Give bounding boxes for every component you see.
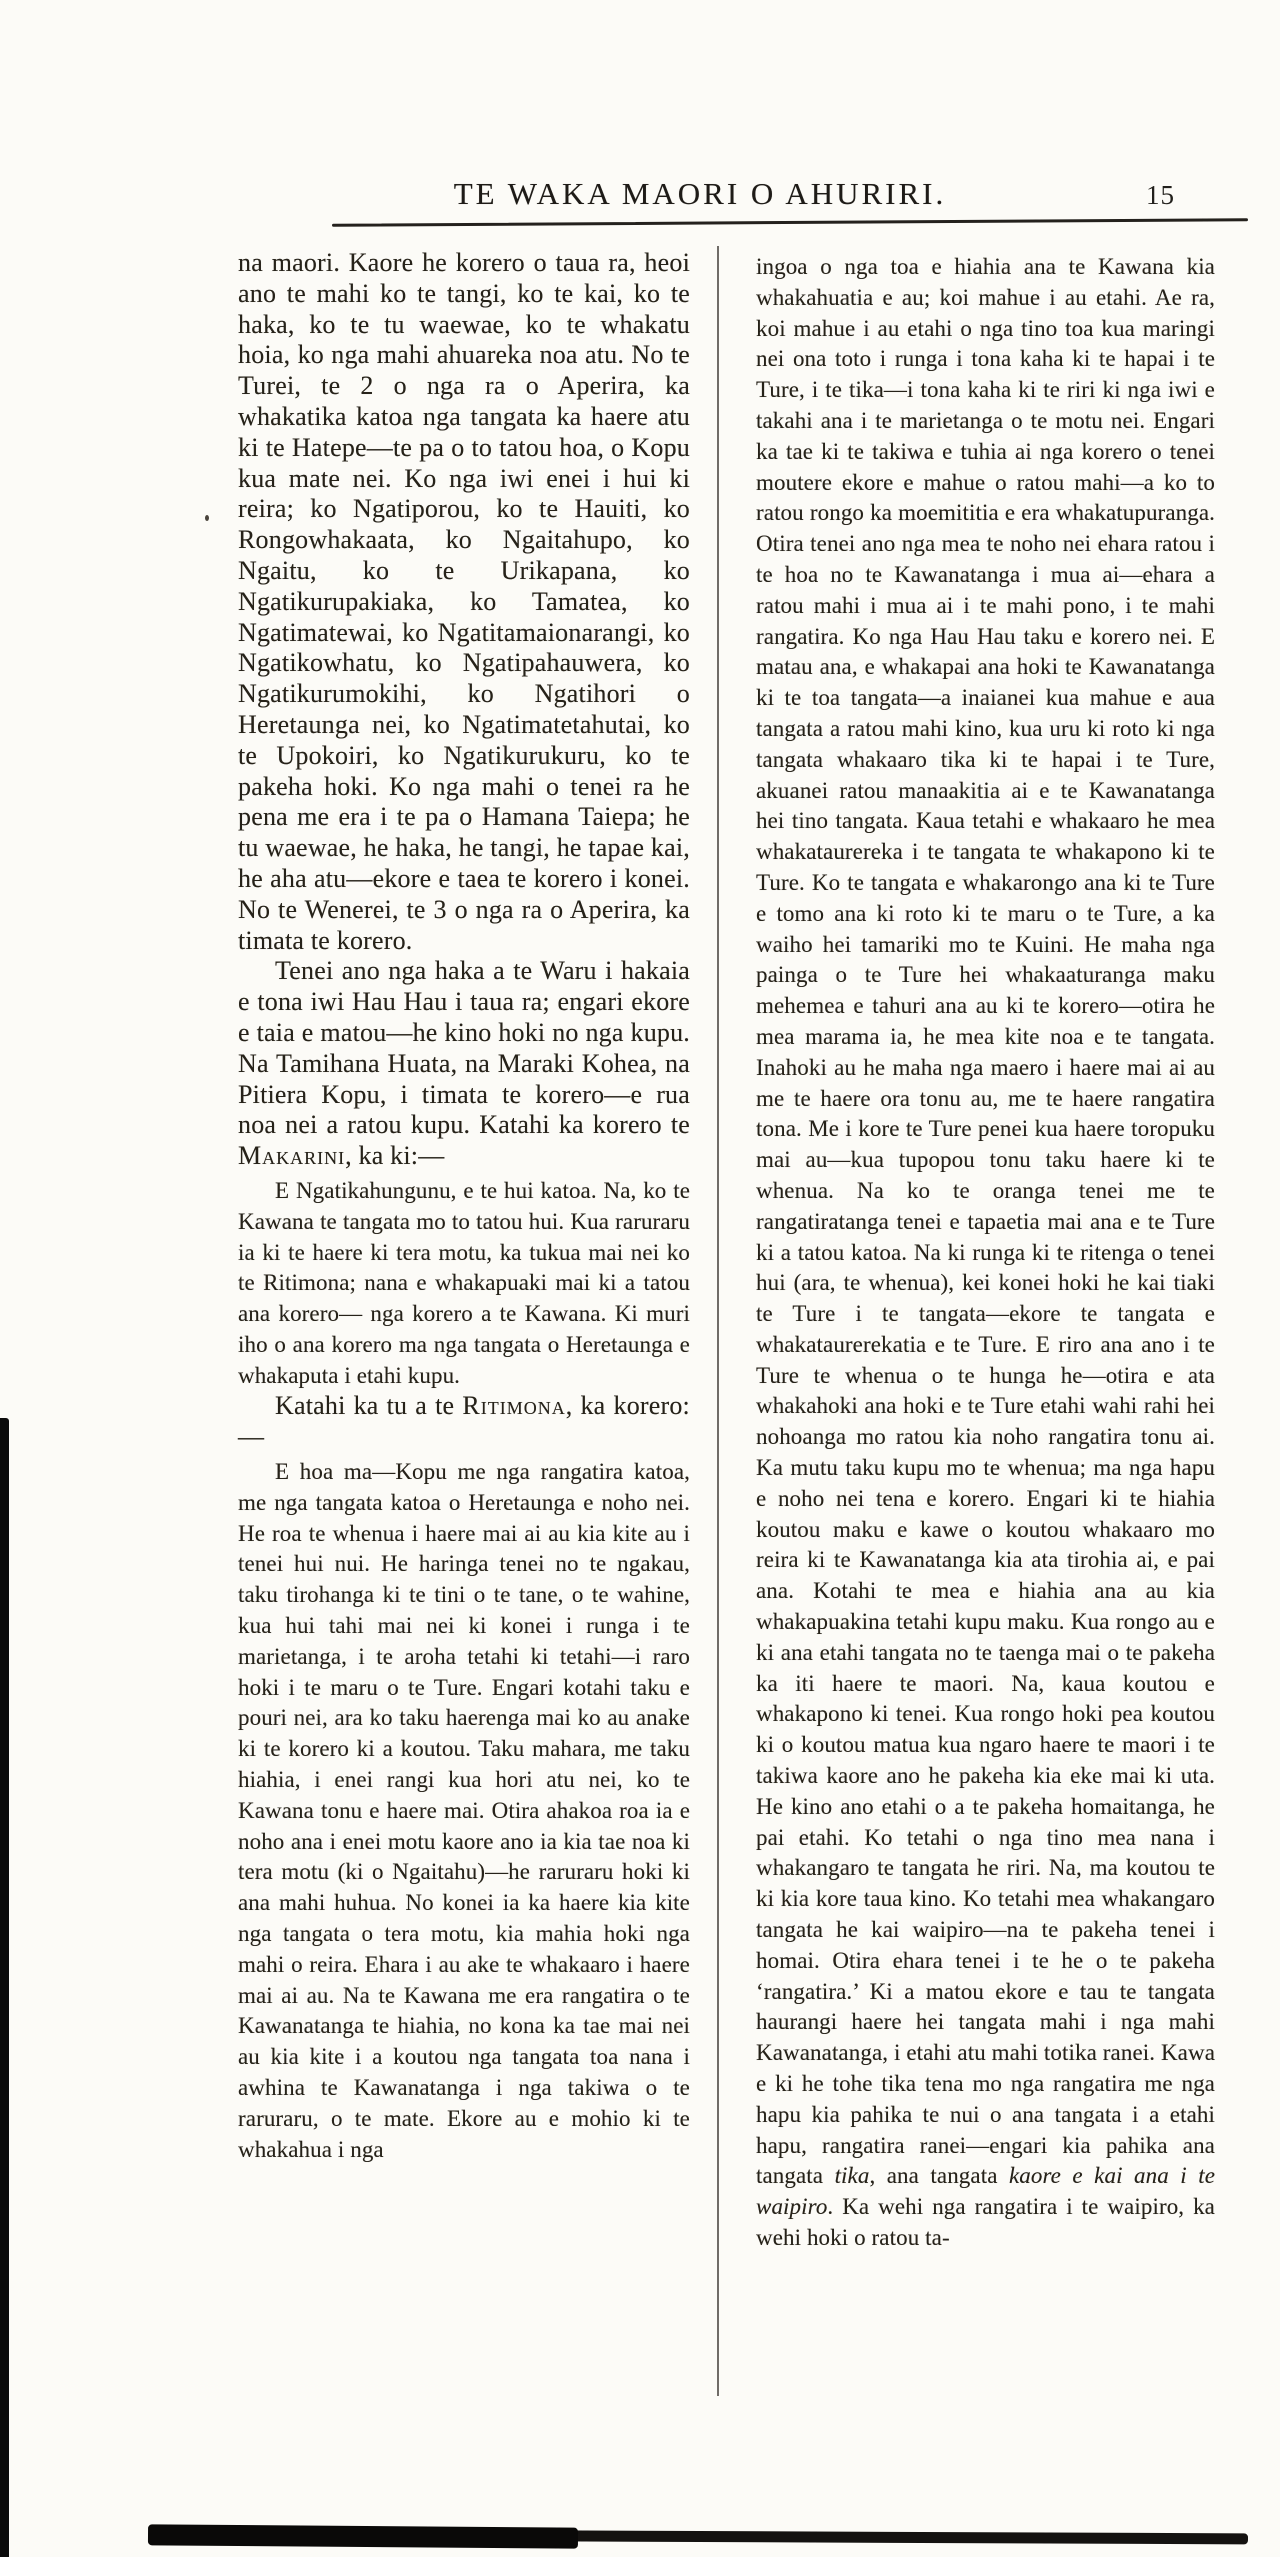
column-divider xyxy=(717,246,719,2396)
newspaper-title: TE WAKA MAORI O AHURIRI. xyxy=(440,176,960,212)
paragraph: E Ngatikahungunu, e te hui katoa. Na, ko… xyxy=(238,1176,690,1392)
scan-artifact-bottom-band-thick xyxy=(148,2524,578,2548)
right-column: ingoa o nga toa e hiahia ana te Kawana k… xyxy=(756,248,1215,2254)
paragraph: Katahi ka tu a te Ritimona, ka korero:— xyxy=(238,1391,690,1453)
smallcaps-name: Makarini xyxy=(238,1141,345,1170)
scan-artifact-ink-speck xyxy=(205,515,209,521)
paragraph: E hoa ma—Kopu me nga rangatira katoa, me… xyxy=(238,1457,690,2165)
scan-artifact-bottom-band xyxy=(152,2529,1248,2545)
italic-phrase: kaore e kai ana i te waipiro xyxy=(756,2163,1215,2219)
paragraph: na maori. Kaore he korero o taua ra, heo… xyxy=(238,248,690,956)
header-rule xyxy=(332,218,1248,227)
paragraph: Tenei ano nga haka a te Waru i hakaia e … xyxy=(238,956,690,1172)
scan-artifact-left-edge xyxy=(0,1418,9,2557)
left-column: na maori. Kaore he korero o taua ra, heo… xyxy=(238,248,690,2165)
smallcaps-name: Ritimona xyxy=(462,1391,565,1420)
newspaper-page: TE WAKA MAORI O AHURIRI. 15 na maori. Ka… xyxy=(0,0,1280,2557)
paragraph: ingoa o nga toa e hiahia ana te Kawana k… xyxy=(756,252,1215,2254)
italic-phrase: tika xyxy=(835,2163,870,2188)
page-number: 15 xyxy=(1146,180,1206,211)
